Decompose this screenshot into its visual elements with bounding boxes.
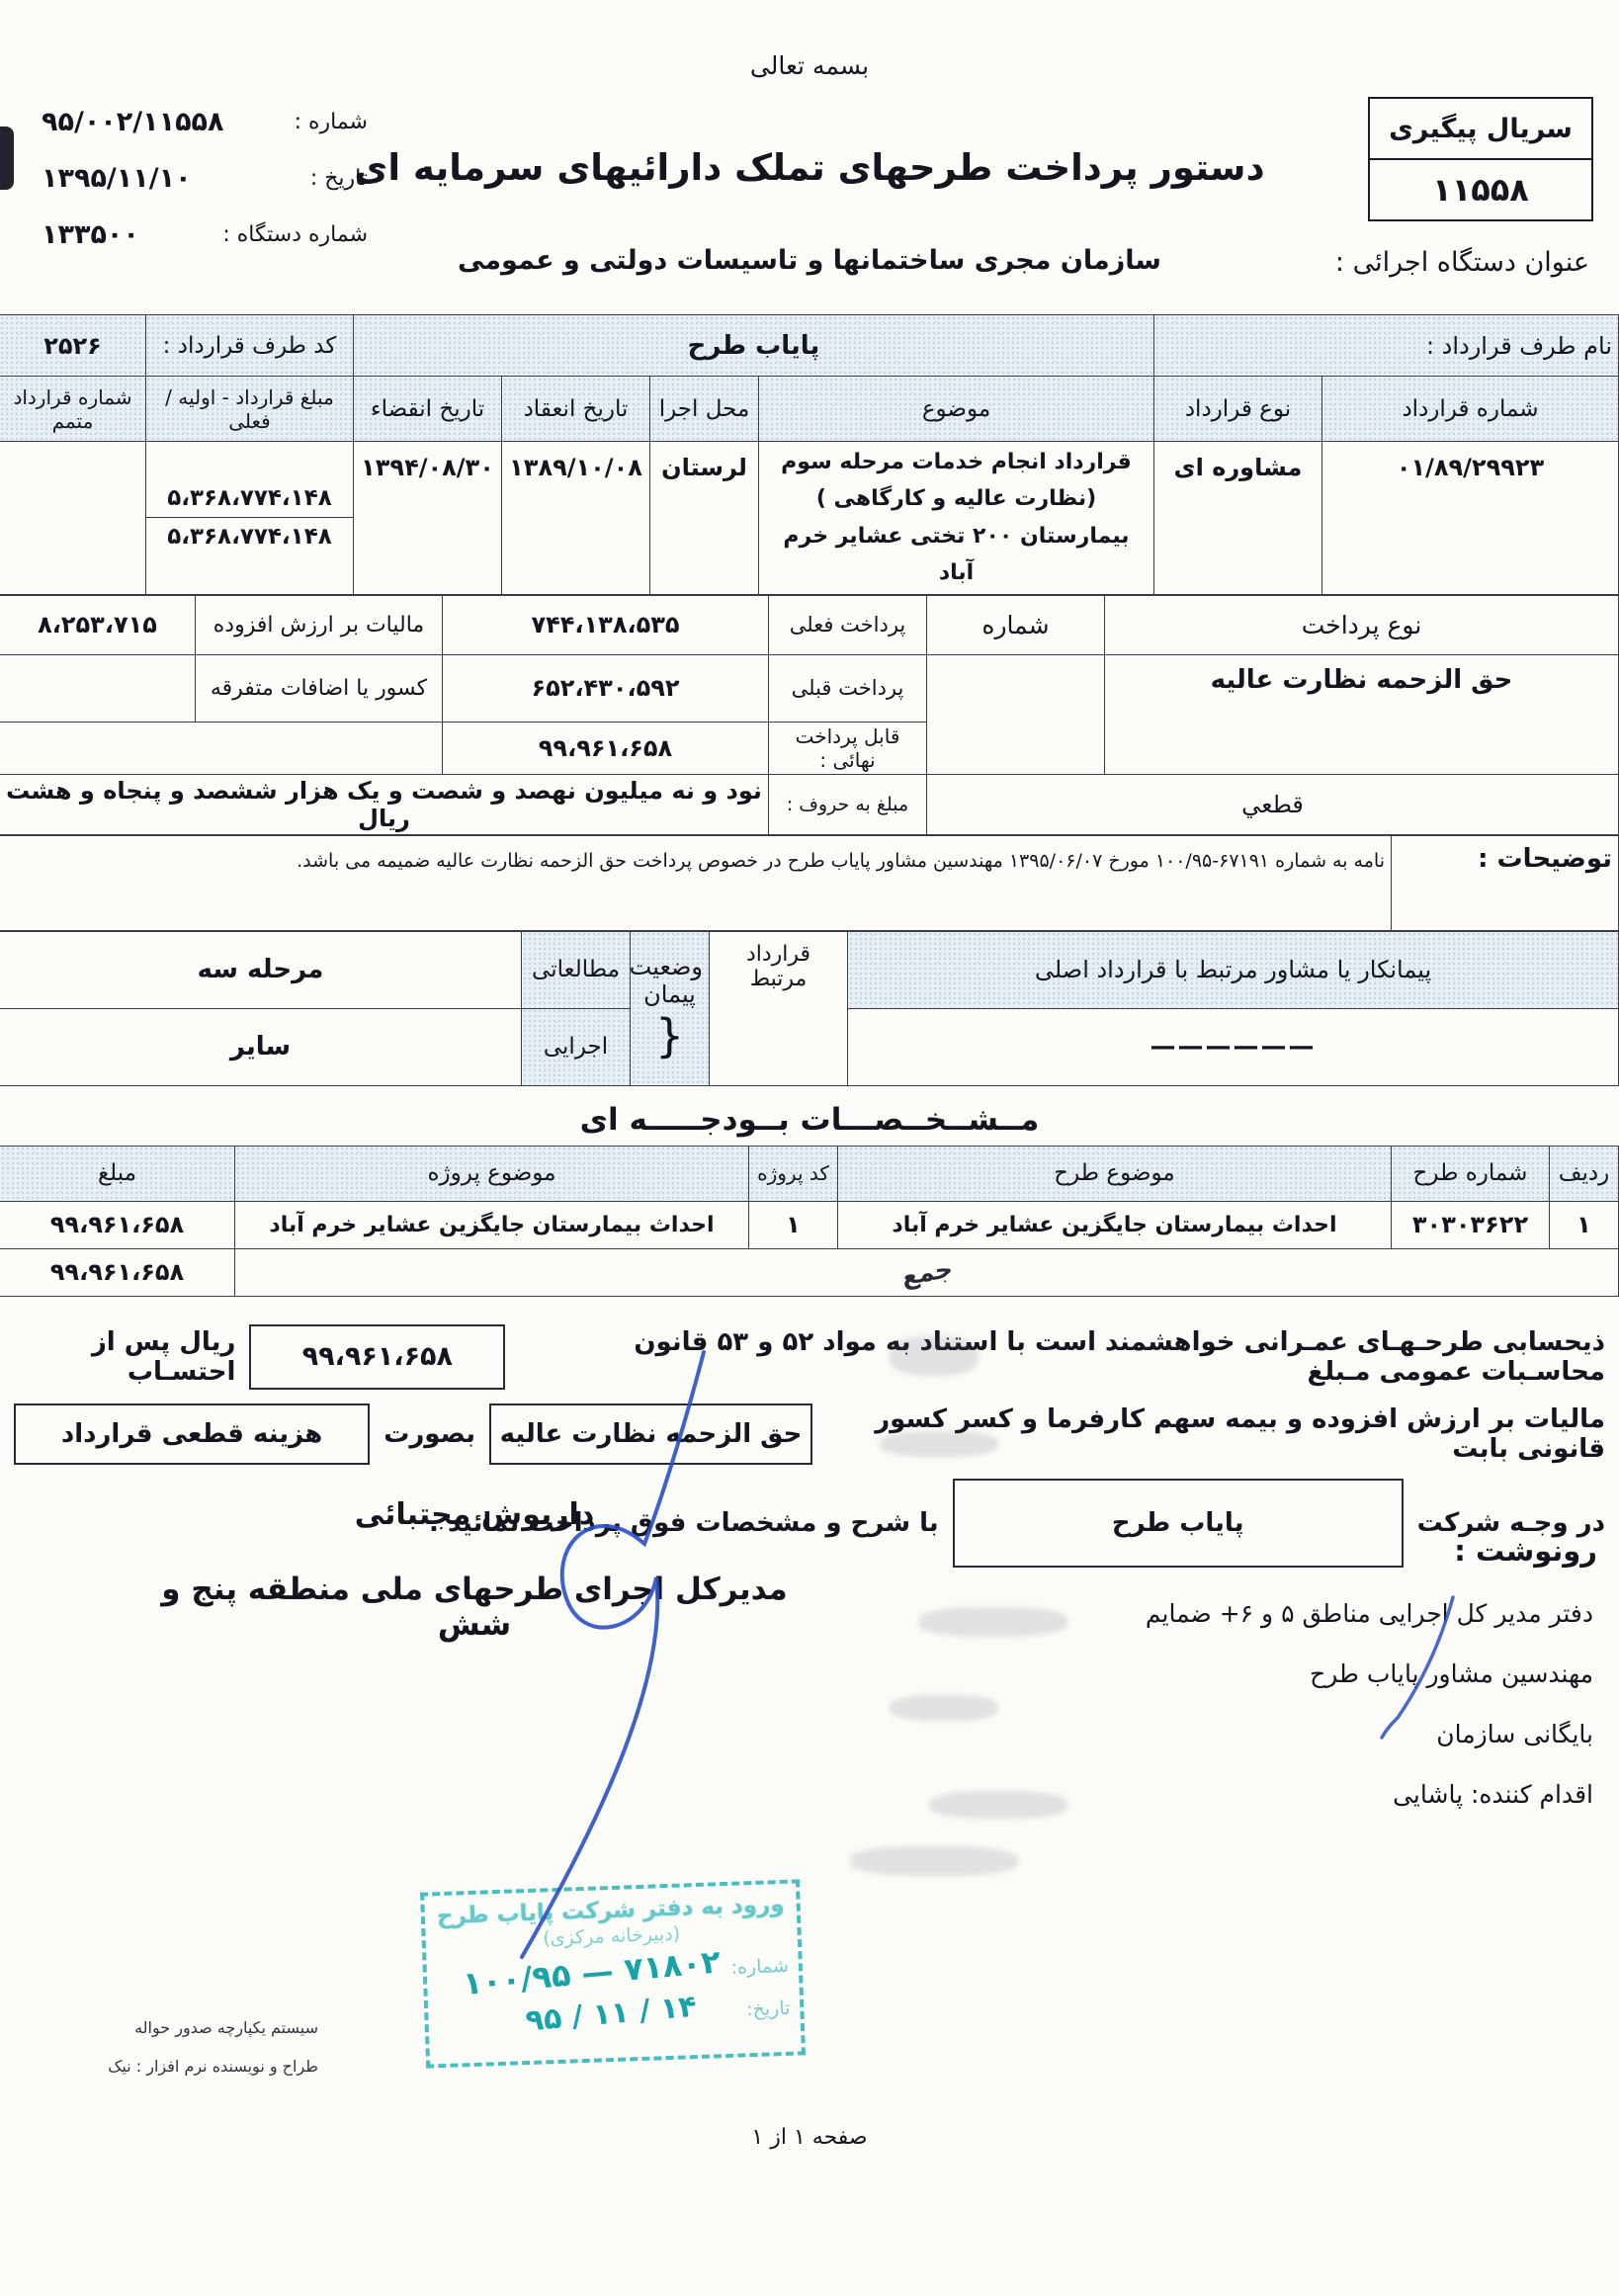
contract-supplement-header: شماره قرارداد متمم (0, 377, 145, 442)
budget-row: ۱ ۳۰۳۰۳۶۲۲ احداث بیمارستان جایگزین عشایر… (0, 1201, 1619, 1248)
doc-date-row: تاریخ : ۱۳۹۵/۱۱/۱۰ (42, 163, 368, 194)
signature-block: داریوش مجتبائی مدیرکل اجرای طرحهای ملی م… (148, 1497, 801, 1643)
copies-block: رونوشت : دفتر مدیر کل اجرایی مناطق ۵ و ۶… (826, 1534, 1597, 1809)
party-code-label: کد طرف قرارداد : (145, 315, 353, 377)
payment-payable-label: قابل پرداخت نهائی : (769, 722, 927, 774)
payment-previous-value: ۶۵۲،۴۳۰،۵۹۲ (443, 654, 769, 722)
contract-amount-header: مبلغ قرارداد - اولیه / فعلی (145, 377, 353, 442)
budget-table: ردیف شماره طرح موضوع طرح کد پروژه موضوع … (0, 1146, 1619, 1297)
budget-sum-row: جمع ۹۹،۹۶۱،۶۵۸ (0, 1248, 1619, 1296)
budget-plan-no: ۳۰۳۰۳۶۲۲ (1392, 1201, 1550, 1248)
stamp-date-handwritten: ۱۴ / ۱۱ / ۹۵ (524, 1990, 698, 2039)
budget-header-amount: مبلغ (0, 1146, 235, 1201)
contract-subject-header: موضوع (759, 377, 1154, 442)
budget-project-subject: احداث بیمارستان جایگزین عشایر خرم آباد (235, 1201, 749, 1248)
stamp-date-label: تاریخ: (746, 1997, 791, 2020)
scan-smudge (929, 1791, 1067, 1819)
contract-state-text: وضعیت پیمان (631, 953, 704, 1009)
budget-header-row-no: ردیف (1550, 1146, 1619, 1201)
contract-signdate-value: ۱۳۸۹/۱۰/۰۸ (502, 442, 650, 595)
doc-number-label: شماره : (295, 110, 368, 134)
scan-smudge (880, 1431, 998, 1457)
scan-smudge (919, 1607, 1067, 1637)
scan-smudge (850, 1846, 1018, 1876)
payment-type-value: حق الزحمه نظارت عالیه (1105, 654, 1619, 774)
contract-expiry-header: تاریخ انقضاء (353, 377, 501, 442)
budget-header-project-code: کد پروژه (749, 1146, 838, 1201)
contract-amount-values: ۵،۳۶۸،۷۷۴،۱۴۸ ۵،۳۶۸،۷۷۴،۱۴۸ (145, 442, 353, 595)
stamp-number-row: شماره: ۷۱۸۰۲ — ۱۰۰/۹۵ (436, 1947, 789, 1997)
scanned-payment-order-page: بسمه تعالی دستور پرداخت طرحهای تملک دارا… (0, 0, 1619, 2296)
contract-subject-value: قرارداد انجام خدمات مرحله سوم (نظارت عال… (759, 442, 1154, 595)
payment-current-value: ۷۴۴،۱۳۸،۵۳۵ (443, 595, 769, 654)
amount-in-words-label: مبلغ به حروف : (769, 774, 927, 834)
contract-signdate-header: تاریخ انعقاد (502, 377, 650, 442)
budget-header-plan-subject: موضوع طرح (838, 1146, 1392, 1201)
software-credit-line1: سیستم یکپارچه صدور حواله (51, 2018, 318, 2037)
order-line2-mid: بصورت (383, 1419, 475, 1449)
tracking-serial-box: سریال پیگیری ۱۱۵۵۸ (1368, 97, 1593, 221)
contract-type-value: مشاوره ای (1154, 442, 1322, 595)
scan-smudge (890, 1336, 979, 1376)
doc-date-label: تاریخ : (310, 166, 368, 191)
device-number-value: ۱۳۳۵۰۰ (42, 219, 139, 250)
contract-type-header: نوع قرارداد (1154, 377, 1322, 442)
contract-state-label: وضعیت پیمان { (631, 931, 710, 1085)
doc-date-value: ۱۳۹۵/۱۱/۱۰ (42, 163, 192, 194)
contract-location-value: لرستان (650, 442, 759, 595)
payment-number-header: شماره (927, 595, 1105, 654)
budget-project-code: ۱ (749, 1201, 838, 1248)
contract-expiry-value: ۱۳۹۴/۰۸/۳۰ (353, 442, 501, 595)
budget-sum-label-cell: جمع (235, 1248, 1619, 1296)
device-number-row: شماره دستگاه : ۱۳۳۵۰۰ (42, 219, 368, 250)
signer-title: مدیرکل اجرای طرحهای ملی منطقه پنج و شش (148, 1572, 801, 1643)
related-contract-label: قرارداد مرتبط (710, 931, 848, 1085)
payment-current-label: پرداخت فعلی (769, 595, 927, 654)
party-name-label: نام طرف قرارداد : (1154, 315, 1619, 377)
budget-amount: ۹۹،۹۶۱،۶۵۸ (0, 1201, 235, 1248)
doc-number-value: ۹۵/۰۰۲/۱۱۵۵۸ (42, 107, 224, 137)
remarks-label: توضیحات : (1392, 835, 1619, 930)
status-table: پیمانکار یا مشاور مرتبط با قرارداد اصلی … (0, 931, 1619, 1086)
payment-number-value (927, 654, 1105, 774)
form-body: نام طرف قرارداد : پایاب طرح کد طرف قرارد… (0, 314, 1619, 1568)
brace-glyph: { (655, 1009, 684, 1063)
order-payment-type-box: حق الزحمه نظارت عالیه (489, 1403, 812, 1465)
remarks-table: توضیحات : نامه به شماره ۶۷۱۹۱-۱۰۰/۹۵ مور… (0, 835, 1619, 931)
stamp-number-label: شماره: (730, 1955, 789, 1979)
payment-deductions-value (0, 654, 196, 722)
doc-number-row: شماره : ۹۵/۰۰۲/۱۱۵۵۸ (42, 107, 368, 137)
order-line-2: مالیات بر ارزش افزوده و بیمه سهم کارفرما… (14, 1403, 1605, 1465)
payment-vat-label: مالیات بر ارزش افزوده (196, 595, 443, 654)
order-line1-text-a: ذیحسابی طرحـهـای عمـرانی خواهشمند است با… (519, 1327, 1605, 1387)
payment-payable-value: ۹۹،۹۶۱،۶۵۸ (443, 722, 769, 774)
contract-location-header: محل اجرا (650, 377, 759, 442)
budget-header-plan-no: شماره طرح (1392, 1146, 1550, 1201)
budget-section-title: مــشــخــصـــات بــودجـــــه ای (0, 1102, 1619, 1146)
software-credit: سیستم یکپارچه صدور حواله طراح و نویسنده … (51, 2018, 318, 2095)
copies-item-3: بایگانی سازمان (826, 1720, 1597, 1748)
contract-table: نام طرف قرارداد : پایاب طرح کد طرف قرارد… (0, 314, 1619, 595)
contract-amount-current: ۵،۳۶۸،۷۷۴،۱۴۸ (146, 518, 353, 555)
scan-smudge (890, 1695, 998, 1721)
page-number: صفحه ۱ از ۱ (0, 2125, 1619, 2150)
contract-no-value: ۰۱/۸۹/۲۹۹۲۳ (1322, 442, 1619, 595)
payment-vat-value: ۸،۲۵۳،۷۱۵ (0, 595, 196, 654)
device-number-label: شماره دستگاه : (222, 222, 368, 247)
budget-plan-subject: احداث بیمارستان جایگزین عشایر خرم آباد (838, 1201, 1392, 1248)
payment-payable-empty (0, 722, 443, 774)
order-line-1: ذیحسابی طرحـهـای عمـرانی خواهشمند است با… (14, 1324, 1605, 1390)
other-value: سایر (0, 1008, 522, 1085)
amount-in-words-value: نود و نه میلیون نهصد و شصت و یک هزار ششص… (0, 774, 769, 834)
serial-value: ۱۱۵۵۸ (1370, 160, 1591, 219)
secretariat-entry-stamp: ورود به دفتر شرکت پایاب طرح (دبیرخانه مر… (420, 1879, 806, 2068)
contract-supplement-value (0, 442, 145, 595)
payment-deductions-label: کسور یا اضافات متفرقه (196, 654, 443, 722)
payment-table: نوع پرداخت شماره پرداخت فعلی ۷۴۴،۱۳۸،۵۳۵… (0, 595, 1619, 835)
bismillah-text: بسمه تعالی (0, 51, 1619, 80)
related-consultant-value: —————— (848, 1008, 1619, 1085)
contract-no-header: شماره قرارداد (1322, 377, 1619, 442)
order-expense-type-box: هزینه قطعی قرارداد (14, 1403, 370, 1465)
party-name-value: پایاب طرح (353, 315, 1153, 377)
signer-name: داریوش مجتبائی (148, 1497, 801, 1532)
party-code-value: ۲۵۲۶ (0, 315, 145, 377)
copies-label: رونوشت : (826, 1534, 1597, 1568)
budget-row-no: ۱ (1550, 1201, 1619, 1248)
serial-label: سریال پیگیری (1370, 99, 1591, 160)
budget-sum-label: جمع (898, 1253, 954, 1291)
payment-final-label: قطعي (927, 774, 1619, 834)
budget-header-project-subject: موضوع پروژه (235, 1146, 749, 1201)
software-credit-line2: طراح و نویسنده نرم افزار : نیک (51, 2057, 318, 2076)
contract-amount-initial: ۵،۳۶۸،۷۷۴،۱۴۸ (146, 479, 353, 518)
document-meta: شماره : ۹۵/۰۰۲/۱۱۵۵۸ تاریخ : ۱۳۹۵/۱۱/۱۰ … (42, 107, 368, 276)
related-consultant-header: پیمانکار یا مشاور مرتبط با قرارداد اصلی (848, 931, 1619, 1008)
order-line1-text-b: ریال پس از احتسـاب (14, 1327, 235, 1387)
payment-type-header: نوع پرداخت (1105, 595, 1619, 654)
payment-previous-label: پرداخت قبلی (769, 654, 927, 722)
budget-sum-value: ۹۹،۹۶۱،۶۵۸ (0, 1248, 235, 1296)
agency-title-label: عنوان دستگاه اجرائی : (1335, 247, 1589, 278)
copies-item-2: مهندسین مشاور پایاب طرح (826, 1659, 1597, 1688)
state-exec-option: اجرایی (522, 1008, 631, 1085)
stage-value: مرحله سه (0, 931, 522, 1008)
remarks-text: نامه به شماره ۶۷۱۹۱-۱۰۰/۹۵ مورخ ۱۳۹۵/۰۶/… (0, 835, 1392, 930)
state-study-option: مطالعاتی (522, 931, 631, 1008)
order-amount-box: ۹۹،۹۶۱،۶۵۸ (249, 1324, 505, 1390)
